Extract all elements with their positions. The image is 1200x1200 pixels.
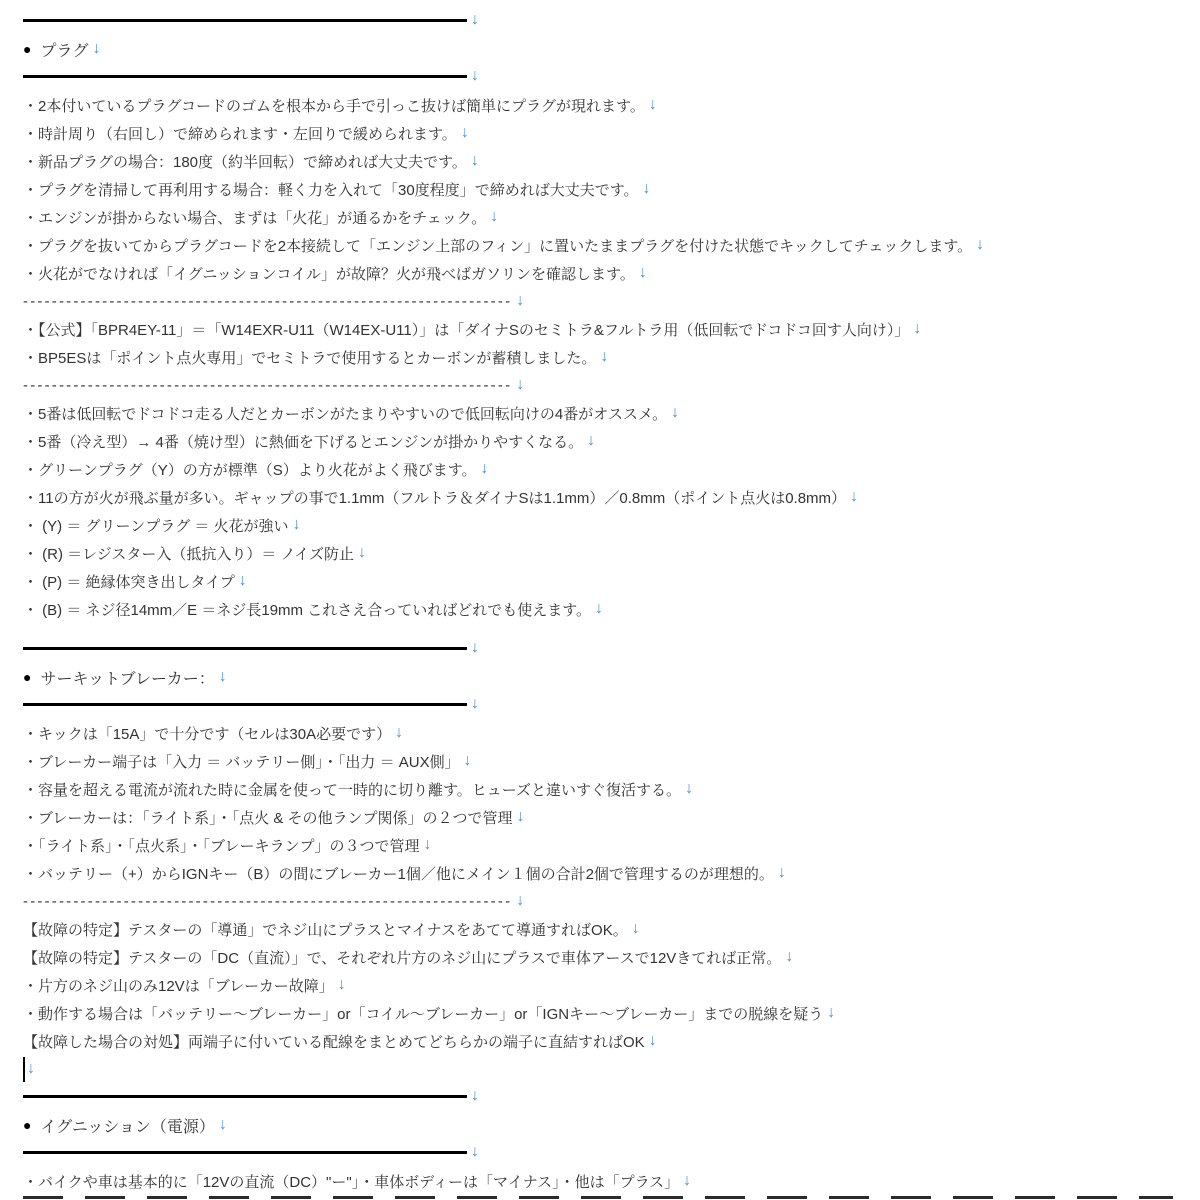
text-line[interactable]: ・ブレーカー端子は「入力 ＝ バッテリー側」・「出力 ＝ AUX側」↓ [23,747,1200,775]
text-line-content: 【故障した場合の対処】両端子に付いている配線をまとめてどちらかの端子に直結すれば… [23,1031,645,1052]
section-heading[interactable]: ●イグニッション（電源）↓ [23,1111,1200,1139]
section-2: ↓●サーキットブレーカー：↓↓・キックは「15A」で十分です（セルは30A必要で… [23,635,1200,1083]
line-break-arrow: ↓ [471,1088,479,1104]
horizontal-rule [23,1151,467,1154]
line-break-arrow: ↓ [643,181,651,197]
line-break-arrow: ↓ [913,321,921,337]
line-break-arrow: ↓ [293,517,301,533]
text-line[interactable]: ・ブレーカーは：「ライト系」・「点火 & その他ランプ関係」の２つで管理↓ [23,803,1200,831]
text-line[interactable]: ・5番は低回転でドコドコ走る人だとカーボンがたまりやすいので低回転向けの4番がオ… [23,399,1200,427]
separator-dashes: ----------------------------------------… [23,893,512,910]
bullet-icon: ● [23,1117,31,1133]
horizontal-rule [23,1095,467,1098]
line-break-arrow: ↓ [685,781,693,797]
text-line-content: ・ブレーカー端子は「入力 ＝ バッテリー側」・「出力 ＝ AUX側」 [23,751,460,772]
line-break-arrow: ↓ [683,1173,691,1189]
text-line-content: ・容量を超える電流が流れた時に金属を使って一時的に切り離す。ヒューズと違いすぐ復… [23,779,681,800]
line-break-arrow: ↓ [490,209,498,225]
horizontal-rule [23,75,467,78]
text-line[interactable]: ・動作する場合は「バッテリー～ブレーカー」or「コイル～ブレーカー」or「IGN… [23,999,1200,1027]
separator-line[interactable]: ----------------------------------------… [23,371,1200,399]
line-break-arrow: ↓ [671,405,679,421]
text-line-content: ・ (R) ＝レジスター入（抵抗入り）＝ ノイズ防止 [23,543,354,564]
text-line-content: ・キックは「15A」で十分です（セルは30A必要です） [23,723,391,744]
text-line-content: ・プラグを清掃して再利用する場合：軽く力を入れて「30度程度」で締めれば大丈夫で… [23,179,639,200]
horizontal-rule [23,703,467,706]
line-break-arrow: ↓ [92,41,100,57]
bullet-icon: ● [23,669,31,685]
text-line-content: ・5番は低回転でドコドコ走る人だとカーボンがたまりやすいので低回転向けの4番がオ… [23,403,667,424]
text-line[interactable]: ・片方のネジ山のみ12Vは「ブレーカー故障」↓ [23,971,1200,999]
line-break-arrow: ↓ [639,265,647,281]
section-1: ↓●プラグ↓↓・2本付いているプラグコードのゴムを根本から手で引っこ抜けば簡単に… [23,7,1200,623]
text-line-content: ・エンジンが掛からない場合、まずは「火花」が通るかをチェック。 [23,207,486,228]
text-line[interactable]: ・ (Y) ＝ グリーンプラグ ＝ 火花が強い↓ [23,511,1200,539]
text-line-content: ・火花がでなければ「イグニッションコイル」が故障？火が飛べばガソリンを確認します… [23,263,635,284]
line-break-arrow: ↓ [516,377,524,393]
text-line-content: ・【公式】「BPR4EY-11」＝「W14EXR-U11（W14EX-U11）」… [23,319,909,340]
text-line[interactable]: ・【公式】「BPR4EY-11」＝「W14EXR-U11（W14EX-U11）」… [23,315,1200,343]
line-break-arrow: ↓ [358,545,366,561]
separator-dashes: ----------------------------------------… [23,293,512,310]
text-line[interactable]: ・火花がでなければ「イグニッションコイル」が故障？火が飛べばガソリンを確認します… [23,259,1200,287]
horizontal-rule [23,19,467,22]
text-line-content: ・ (P) ＝ 絶縁体突き出しタイプ [23,571,235,592]
line-break-arrow: ↓ [471,640,479,656]
line-break-arrow: ↓ [471,1144,479,1160]
line-break-arrow: ↓ [517,809,525,825]
line-break-arrow: ↓ [516,293,524,309]
text-line-content: ・バイクや車は基本的に「12Vの直流（DC）"ー"」・車体ボディーは「マイナス」… [23,1171,679,1192]
text-line[interactable]: ・11の方が火が飛ぶ量が多い。ギャップの事で1.1mm（フルトラ＆ダイナSは1.… [23,483,1200,511]
section-rule-row: ↓ [23,691,1200,719]
separator-line[interactable]: ----------------------------------------… [23,887,1200,915]
text-line-content: ・片方のネジ山のみ12Vは「ブレーカー故障」 [23,975,334,996]
text-line[interactable]: ・ (B) ＝ ネジ径14mm／E ＝ネジ長19mm これさえ合っていればどれで… [23,595,1200,623]
text-line[interactable]: ・キックは「15A」で十分です（セルは30A必要です）↓ [23,719,1200,747]
separator-line[interactable]: ----------------------------------------… [23,287,1200,315]
text-line[interactable]: ・バイクや車は基本的に「12Vの直流（DC）"ー"」・車体ボディーは「マイナス」… [23,1167,1200,1195]
section-rule-row: ↓ [23,7,1200,35]
line-break-arrow: ↓ [481,461,489,477]
horizontal-rule [23,647,467,650]
text-line[interactable]: ・ (R) ＝レジスター入（抵抗入り）＝ ノイズ防止↓ [23,539,1200,567]
section-heading-text: イグニッション（電源） [40,1114,214,1137]
text-line[interactable]: ・プラグを抜いてからプラグコードを2本接続して「エンジン上部のフィン」に置いたま… [23,231,1200,259]
text-line[interactable]: ・エンジンが掛からない場合、まずは「火花」が通るかをチェック。↓ [23,203,1200,231]
line-break-arrow: ↓ [471,153,479,169]
text-line[interactable]: 【故障した場合の対処】両端子に付いている配線をまとめてどちらかの端子に直結すれば… [23,1027,1200,1055]
line-break-arrow: ↓ [827,1005,835,1021]
line-break-arrow: ↓ [976,237,984,253]
text-line-content: ・ (B) ＝ ネジ径14mm／E ＝ネジ長19mm これさえ合っていればどれで… [23,599,591,620]
text-line-content: ・「ライト系」・「点火系」・「ブレーキランプ」の３つで管理 [23,835,419,856]
line-break-arrow: ↓ [649,97,657,113]
line-break-arrow: ↓ [338,977,346,993]
clipped-text-line [23,1196,1173,1199]
separator-dashes: ----------------------------------------… [23,377,512,394]
text-line[interactable]: ・BP5ESは「ポイント点火専用」でセミトラで使用するとカーボンが蓄積しました。… [23,343,1200,371]
text-line[interactable]: 【故障の特定】テスターの「DC（直流）」で、それぞれ片方のネジ山にプラスで車体ア… [23,943,1200,971]
text-line[interactable]: ・バッテリー（+）からIGNキー（B）の間にブレーカー1個／他にメイン１個の合計… [23,859,1200,887]
section-rule-row: ↓ [23,1083,1200,1111]
line-break-arrow: ↓ [471,12,479,28]
line-break-arrow: ↓ [516,893,524,909]
text-line-content: ・バッテリー（+）からIGNキー（B）の間にブレーカー1個／他にメイン１個の合計… [23,863,774,884]
empty-line[interactable]: ↓ [23,1055,1200,1083]
line-break-arrow: ↓ [423,837,431,853]
text-line-content: ・ブレーカーは：「ライト系」・「点火 & その他ランプ関係」の２つで管理 [23,807,513,828]
section-heading-text: サーキットブレーカー： [40,666,214,689]
line-break-arrow: ↓ [471,696,479,712]
text-line-content: 【故障の特定】テスターの「DC（直流）」で、それぞれ片方のネジ山にプラスで車体ア… [23,947,781,968]
text-line-content: ・動作する場合は「バッテリー～ブレーカー」or「コイル～ブレーカー」or「IGN… [23,1003,823,1024]
text-line-content: ・プラグを抜いてからプラグコードを2本接続して「エンジン上部のフィン」に置いたま… [23,235,972,256]
text-line[interactable]: ・「ライト系」・「点火系」・「ブレーキランプ」の３つで管理↓ [23,831,1200,859]
line-break-arrow: ↓ [219,1117,227,1133]
line-break-arrow: ↓ [461,125,469,141]
text-line-content: ・2本付いているプラグコードのゴムを根本から手で引っこ抜けば簡単にプラグが現れま… [23,95,645,116]
section-heading[interactable]: ●プラグ↓ [23,35,1200,63]
line-break-arrow: ↓ [471,68,479,84]
line-break-arrow: ↓ [600,349,608,365]
text-line[interactable]: ・時計周り（右回し）で締められます・左回りで緩められます。↓ [23,119,1200,147]
section-rule-row: ↓ [23,63,1200,91]
section-3: ↓●イグニッション（電源）↓↓・バイクや車は基本的に「12Vの直流（DC）"ー"… [23,1083,1200,1195]
line-break-arrow: ↓ [239,573,247,589]
section-heading[interactable]: ●サーキットブレーカー：↓ [23,663,1200,691]
text-line-content: ・11の方が火が飛ぶ量が多い。ギャップの事で1.1mm（フルトラ＆ダイナSは1.… [23,487,846,508]
text-line[interactable]: ・ (P) ＝ 絶縁体突き出しタイプ↓ [23,567,1200,595]
text-line-content: ・新品プラグの場合：180度（約半回転）で締めれば大丈夫です。 [23,151,467,172]
text-line[interactable]: ・グリーンプラグ（Y）の方が標準（S）より火花がよく飛びます。↓ [23,455,1200,483]
text-line-content: ・時計周り（右回し）で締められます・左回りで緩められます。 [23,123,457,144]
line-break-arrow: ↓ [778,865,786,881]
line-break-arrow: ↓ [595,601,603,617]
line-break-arrow: ↓ [632,921,640,937]
text-line[interactable]: ・2本付いているプラグコードのゴムを根本から手で引っこ抜けば簡単にプラグが現れま… [23,91,1200,119]
text-line[interactable]: ・新品プラグの場合：180度（約半回転）で締めれば大丈夫です。↓ [23,147,1200,175]
line-break-arrow: ↓ [27,1061,35,1077]
text-line-content: ・グリーンプラグ（Y）の方が標準（S）より火花がよく飛びます。 [23,459,477,480]
document-page[interactable]: ↓●プラグ↓↓・2本付いているプラグコードのゴムを根本から手で引っこ抜けば簡単に… [0,0,1200,1195]
bullet-icon: ● [23,41,31,57]
text-line-content: ・BP5ESは「ポイント点火専用」でセミトラで使用するとカーボンが蓄積しました。 [23,347,596,368]
text-line[interactable]: 【故障の特定】テスターの「導通」でネジ山にプラスとマイナスをあてて導通すればOK… [23,915,1200,943]
line-break-arrow: ↓ [850,489,858,505]
text-line-content: ・5番（冷え型）→ 4番（焼け型）に熱価を下げるとエンジンが掛かりやすくなる。 [23,431,583,452]
line-break-arrow: ↓ [785,949,793,965]
text-line-content: ・ (Y) ＝ グリーンプラグ ＝ 火花が強い [23,515,289,536]
section-rule-row: ↓ [23,1139,1200,1167]
text-line[interactable]: ・容量を超える電流が流れた時に金属を使って一時的に切り離す。ヒューズと違いすぐ復… [23,775,1200,803]
text-line[interactable]: ・5番（冷え型）→ 4番（焼け型）に熱価を下げるとエンジンが掛かりやすくなる。↓ [23,427,1200,455]
line-break-arrow: ↓ [219,669,227,685]
text-cursor [23,1057,25,1082]
section-heading-text: プラグ [40,38,88,61]
line-break-arrow: ↓ [395,725,403,741]
line-break-arrow: ↓ [464,753,472,769]
line-break-arrow: ↓ [587,433,595,449]
line-break-arrow: ↓ [649,1033,657,1049]
text-line[interactable]: ・プラグを清掃して再利用する場合：軽く力を入れて「30度程度」で締めれば大丈夫で… [23,175,1200,203]
section-rule-row: ↓ [23,635,1200,663]
text-line-content: 【故障の特定】テスターの「導通」でネジ山にプラスとマイナスをあてて導通すればOK… [23,919,628,940]
